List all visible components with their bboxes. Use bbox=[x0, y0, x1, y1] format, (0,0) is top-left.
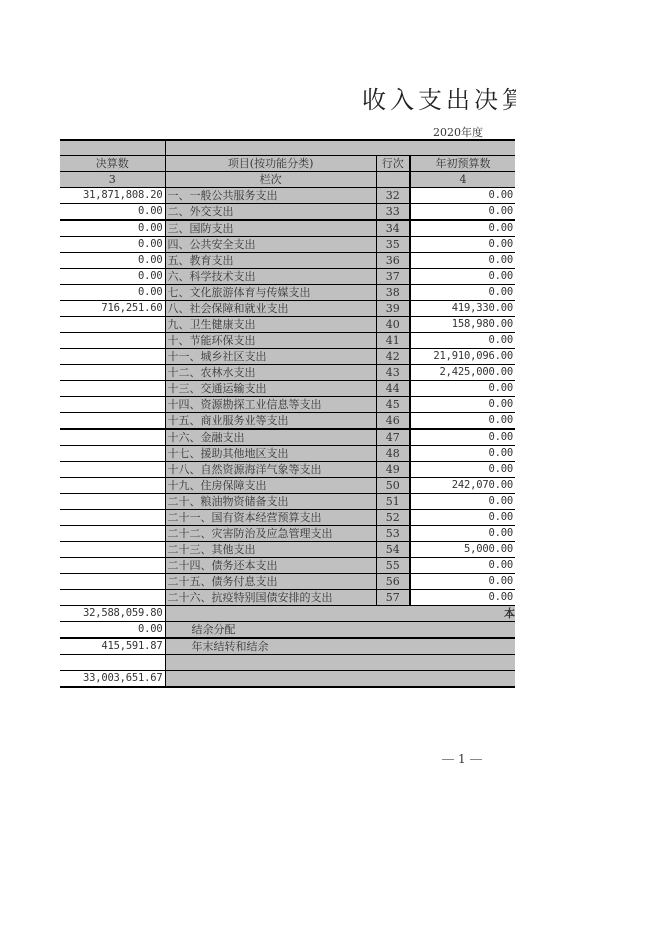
final-amount-cell bbox=[60, 365, 165, 381]
table-row: 十九、住房保障支出50242,070.00 bbox=[60, 478, 515, 494]
item-cell: 十九、住房保障支出 bbox=[165, 478, 376, 494]
summary-label-cell bbox=[165, 670, 515, 687]
final-amount-cell bbox=[60, 590, 165, 606]
initial-budget-cell: 0.00 bbox=[410, 253, 515, 269]
initial-budget-cell: 158,980.00 bbox=[410, 317, 515, 333]
table-row: 0.00二、外交支出330.00 bbox=[60, 204, 515, 221]
table-row: 九、卫生健康支出40158,980.00 bbox=[60, 317, 515, 333]
table-row: 十三、交通运输支出440.00 bbox=[60, 381, 515, 397]
table-row: 二十四、债务还本支出550.00 bbox=[60, 558, 515, 574]
row-no-cell: 37 bbox=[376, 269, 410, 285]
row-no-cell: 33 bbox=[376, 204, 410, 221]
row-no-cell: 48 bbox=[376, 446, 410, 462]
year-label: 2020年度 bbox=[433, 124, 483, 140]
row-no-cell: 45 bbox=[376, 397, 410, 413]
item-cell: 二十三、其他支出 bbox=[165, 542, 376, 558]
table-row: 十二、农林水支出432,425,000.00 bbox=[60, 365, 515, 381]
row-no-cell: 36 bbox=[376, 253, 410, 269]
row-no-cell: 57 bbox=[376, 590, 410, 606]
item-cell: 十一、城乡社区支出 bbox=[165, 349, 376, 365]
summary-row: 33,003,651.67 bbox=[60, 670, 515, 687]
final-amount-cell bbox=[60, 446, 165, 462]
initial-budget-cell: 0.00 bbox=[410, 574, 515, 590]
initial-budget-cell: 0.00 bbox=[410, 558, 515, 574]
row-no-cell: 55 bbox=[376, 558, 410, 574]
final-amount-cell bbox=[60, 558, 165, 574]
item-cell: 十四、资源勘探工业信息等支出 bbox=[165, 397, 376, 413]
index-initial-budget: 4 bbox=[410, 172, 515, 188]
initial-budget-cell: 0.00 bbox=[410, 237, 515, 253]
item-cell: 一、一般公共服务支出 bbox=[165, 188, 376, 204]
final-amount-cell: 0.00 bbox=[60, 285, 165, 301]
item-cell: 二十、粮油物资储备支出 bbox=[165, 494, 376, 510]
summary-amount-cell: 33,003,651.67 bbox=[60, 670, 165, 687]
table-row: 二十二、灾害防治及应急管理支出530.00 bbox=[60, 526, 515, 542]
summary-amount-cell: 415,591.87 bbox=[60, 638, 165, 655]
initial-budget-cell: 242,070.00 bbox=[410, 478, 515, 494]
table-row: 十五、商业服务业等支出460.00 bbox=[60, 413, 515, 430]
item-cell: 二十四、债务还本支出 bbox=[165, 558, 376, 574]
row-no-cell: 34 bbox=[376, 220, 410, 237]
column-index-row: 3 栏次 4 bbox=[60, 172, 515, 188]
header-row: 决算数 项目(按功能分类) 行次 年初预算数 bbox=[60, 156, 515, 172]
row-no-cell: 44 bbox=[376, 381, 410, 397]
row-no-cell: 52 bbox=[376, 510, 410, 526]
item-cell: 七、文化旅游体育与传媒支出 bbox=[165, 285, 376, 301]
initial-budget-cell: 0.00 bbox=[410, 462, 515, 478]
summary-amount-cell: 32,588,059.80 bbox=[60, 606, 165, 622]
initial-budget-cell: 0.00 bbox=[410, 397, 515, 413]
table-row: 二十一、国有资本经营预算支出520.00 bbox=[60, 510, 515, 526]
item-cell: 十、节能环保支出 bbox=[165, 333, 376, 349]
header-row-no: 行次 bbox=[376, 156, 410, 172]
initial-budget-cell: 0.00 bbox=[410, 510, 515, 526]
row-no-cell: 49 bbox=[376, 462, 410, 478]
row-no-cell: 53 bbox=[376, 526, 410, 542]
summary-label-cell: 本 bbox=[165, 606, 515, 622]
row-no-cell: 50 bbox=[376, 478, 410, 494]
final-amount-cell: 0.00 bbox=[60, 220, 165, 237]
row-no-cell: 43 bbox=[376, 365, 410, 381]
table-row: 二十三、其他支出545,000.00 bbox=[60, 542, 515, 558]
row-no-cell: 35 bbox=[376, 237, 410, 253]
initial-budget-cell: 0.00 bbox=[410, 204, 515, 221]
final-amount-cell: 0.00 bbox=[60, 269, 165, 285]
final-amount-cell bbox=[60, 397, 165, 413]
table-row: 十、节能环保支出410.00 bbox=[60, 333, 515, 349]
index-item: 栏次 bbox=[165, 172, 376, 188]
table-row: 二十五、债务付息支出560.00 bbox=[60, 574, 515, 590]
table-row: 0.00五、教育支出360.00 bbox=[60, 253, 515, 269]
table-row: 716,251.60八、社会保障和就业支出39419,330.00 bbox=[60, 301, 515, 317]
dash-left bbox=[442, 759, 454, 760]
final-amount-cell: 0.00 bbox=[60, 237, 165, 253]
item-cell: 二十一、国有资本经营预算支出 bbox=[165, 510, 376, 526]
final-amount-cell bbox=[60, 333, 165, 349]
table-row: 二十六、抗疫特别国债安排的支出570.00 bbox=[60, 590, 515, 606]
item-cell: 四、公共安全支出 bbox=[165, 237, 376, 253]
row-no-cell: 41 bbox=[376, 333, 410, 349]
initial-budget-cell: 0.00 bbox=[410, 413, 515, 430]
dash-right bbox=[470, 759, 482, 760]
initial-budget-cell: 0.00 bbox=[410, 188, 515, 204]
table-row: 0.00六、科学技术支出370.00 bbox=[60, 269, 515, 285]
row-no-cell: 51 bbox=[376, 494, 410, 510]
final-amount-cell bbox=[60, 494, 165, 510]
row-no-cell: 56 bbox=[376, 574, 410, 590]
item-cell: 五、教育支出 bbox=[165, 253, 376, 269]
row-no-cell: 40 bbox=[376, 317, 410, 333]
item-cell: 八、社会保障和就业支出 bbox=[165, 301, 376, 317]
header-initial-budget: 年初预算数 bbox=[410, 156, 515, 172]
initial-budget-cell: 0.00 bbox=[410, 333, 515, 349]
row-no-cell: 54 bbox=[376, 542, 410, 558]
final-amount-cell bbox=[60, 381, 165, 397]
final-amount-cell bbox=[60, 429, 165, 446]
initial-budget-cell: 0.00 bbox=[410, 285, 515, 301]
item-cell: 十七、援助其他地区支出 bbox=[165, 446, 376, 462]
row-no-cell: 32 bbox=[376, 188, 410, 204]
table-row: 十七、援助其他地区支出480.00 bbox=[60, 446, 515, 462]
item-cell: 十六、金融支出 bbox=[165, 429, 376, 446]
table-row: 31,871,808.20一、一般公共服务支出320.00 bbox=[60, 188, 515, 204]
table-row: 十八、自然资源海洋气象等支出490.00 bbox=[60, 462, 515, 478]
index-final-amount: 3 bbox=[60, 172, 165, 188]
row-no-cell: 39 bbox=[376, 301, 410, 317]
document-title: 收入支出决算 bbox=[362, 80, 516, 115]
item-cell: 三、国防支出 bbox=[165, 220, 376, 237]
table-row: 十六、金融支出470.00 bbox=[60, 429, 515, 446]
header-item: 项目(按功能分类) bbox=[165, 156, 376, 172]
initial-budget-cell: 0.00 bbox=[410, 269, 515, 285]
row-no-cell: 38 bbox=[376, 285, 410, 301]
item-cell: 十二、农林水支出 bbox=[165, 365, 376, 381]
initial-budget-cell: 0.00 bbox=[410, 494, 515, 510]
table-row: 0.00七、文化旅游体育与传媒支出380.00 bbox=[60, 285, 515, 301]
header-spacer-cell bbox=[60, 140, 165, 156]
expenditure-table-container: 决算数 项目(按功能分类) 行次 年初预算数 3 栏次 4 31,871,808… bbox=[60, 139, 515, 688]
summary-label-cell: 结余分配 bbox=[165, 622, 515, 639]
summary-label-cell: 年末结转和结余 bbox=[165, 638, 515, 655]
initial-budget-cell: 0.00 bbox=[410, 220, 515, 237]
initial-budget-cell: 419,330.00 bbox=[410, 301, 515, 317]
item-cell: 九、卫生健康支出 bbox=[165, 317, 376, 333]
summary-row: 32,588,059.80本 bbox=[60, 606, 515, 622]
table-row: 十一、城乡社区支出4221,910,096.00 bbox=[60, 349, 515, 365]
item-cell: 二、外交支出 bbox=[165, 204, 376, 221]
item-cell: 二十二、灾害防治及应急管理支出 bbox=[165, 526, 376, 542]
final-amount-cell bbox=[60, 526, 165, 542]
final-amount-cell: 716,251.60 bbox=[60, 301, 165, 317]
item-cell: 十八、自然资源海洋气象等支出 bbox=[165, 462, 376, 478]
expenditure-table: 决算数 项目(按功能分类) 行次 年初预算数 3 栏次 4 31,871,808… bbox=[60, 139, 515, 688]
final-amount-cell bbox=[60, 510, 165, 526]
summary-amount-cell: 0.00 bbox=[60, 622, 165, 639]
index-row-no bbox=[376, 172, 410, 188]
initial-budget-cell: 0.00 bbox=[410, 590, 515, 606]
header-spacer-cell bbox=[165, 140, 515, 156]
final-amount-cell bbox=[60, 317, 165, 333]
final-amount-cell: 31,871,808.20 bbox=[60, 188, 165, 204]
initial-budget-cell: 5,000.00 bbox=[410, 542, 515, 558]
initial-budget-cell: 2,425,000.00 bbox=[410, 365, 515, 381]
page-number: 1 bbox=[438, 752, 486, 766]
initial-budget-cell: 0.00 bbox=[410, 381, 515, 397]
table-row: 二十、粮油物资储备支出510.00 bbox=[60, 494, 515, 510]
initial-budget-cell: 21,910,096.00 bbox=[410, 349, 515, 365]
final-amount-cell bbox=[60, 478, 165, 494]
summary-row: 0.00结余分配 bbox=[60, 622, 515, 639]
item-cell: 六、科学技术支出 bbox=[165, 269, 376, 285]
final-amount-cell bbox=[60, 542, 165, 558]
table-row: 0.00三、国防支出340.00 bbox=[60, 220, 515, 237]
summary-row: 415,591.87年末结转和结余 bbox=[60, 638, 515, 655]
final-amount-cell bbox=[60, 462, 165, 478]
final-amount-cell bbox=[60, 349, 165, 365]
initial-budget-cell: 0.00 bbox=[410, 446, 515, 462]
item-cell: 十五、商业服务业等支出 bbox=[165, 413, 376, 430]
initial-budget-cell: 0.00 bbox=[410, 526, 515, 542]
page-number-value: 1 bbox=[458, 752, 466, 766]
row-no-cell: 47 bbox=[376, 429, 410, 446]
summary-label-cell bbox=[165, 655, 515, 671]
item-cell: 二十五、债务付息支出 bbox=[165, 574, 376, 590]
final-amount-cell bbox=[60, 574, 165, 590]
summary-row bbox=[60, 655, 515, 671]
row-no-cell: 42 bbox=[376, 349, 410, 365]
table-row: 十四、资源勘探工业信息等支出450.00 bbox=[60, 397, 515, 413]
item-cell: 二十六、抗疫特别国债安排的支出 bbox=[165, 590, 376, 606]
header-spacer-row bbox=[60, 140, 515, 156]
row-no-cell: 46 bbox=[376, 413, 410, 430]
header-final-amount: 决算数 bbox=[60, 156, 165, 172]
final-amount-cell bbox=[60, 413, 165, 430]
summary-amount-cell bbox=[60, 655, 165, 671]
initial-budget-cell: 0.00 bbox=[410, 429, 515, 446]
final-amount-cell: 0.00 bbox=[60, 204, 165, 221]
table-row: 0.00四、公共安全支出350.00 bbox=[60, 237, 515, 253]
item-cell: 十三、交通运输支出 bbox=[165, 381, 376, 397]
final-amount-cell: 0.00 bbox=[60, 253, 165, 269]
